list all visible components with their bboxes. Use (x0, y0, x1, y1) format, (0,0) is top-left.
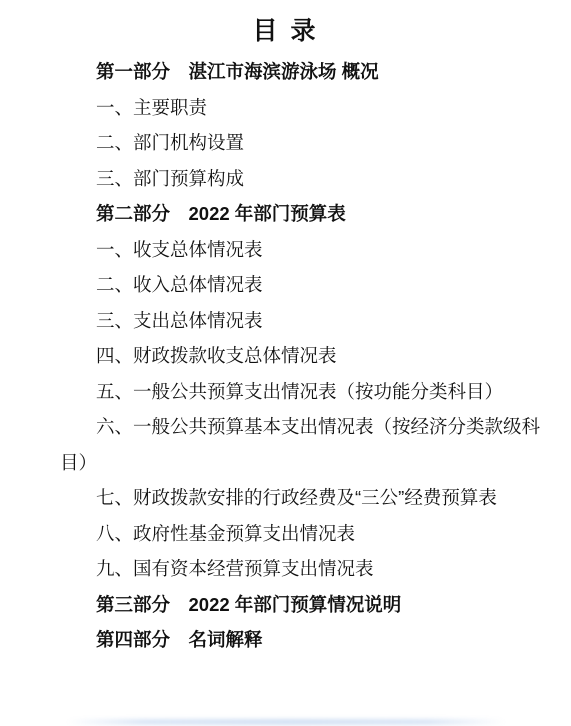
table-of-contents: 第一部分 湛江市海滨游泳场 概况 一、主要职责 二、部门机构设置 三、部门预算构… (0, 54, 571, 658)
toc-section-heading: 第四部分 名词解释 (0, 622, 571, 658)
toc-section-heading: 第三部分 2022 年部门预算情况说明 (0, 587, 571, 623)
toc-item: 四、财政拨款收支总体情况表 (0, 338, 571, 374)
toc-item: 六、一般公共预算基本支出情况表（按经济分类款级科 (0, 409, 571, 445)
toc-item: 二、收入总体情况表 (0, 267, 571, 303)
document-page: 目 录 第一部分 湛江市海滨游泳场 概况 一、主要职责 二、部门机构设置 三、部… (0, 0, 571, 726)
toc-section-heading: 第二部分 2022 年部门预算表 (0, 196, 571, 232)
toc-item: 三、支出总体情况表 (0, 303, 571, 339)
toc-item: 五、一般公共预算支出情况表（按功能分类科目） (0, 374, 571, 410)
toc-item: 一、主要职责 (0, 90, 571, 126)
toc-item: 二、部门机构设置 (0, 125, 571, 161)
toc-item: 九、国有资本经营预算支出情况表 (0, 551, 571, 587)
toc-section-heading: 第一部分 湛江市海滨游泳场 概况 (0, 54, 571, 90)
page-title: 目 录 (0, 0, 571, 48)
toc-item: 八、政府性基金预算支出情况表 (0, 516, 571, 552)
toc-item: 七、财政拨款安排的行政经费及“三公”经费预算表 (0, 480, 571, 516)
toc-item-continuation: 目） (0, 445, 571, 481)
decorative-bottom-glow (66, 719, 506, 725)
toc-item: 三、部门预算构成 (0, 161, 571, 197)
toc-item: 一、收支总体情况表 (0, 232, 571, 268)
